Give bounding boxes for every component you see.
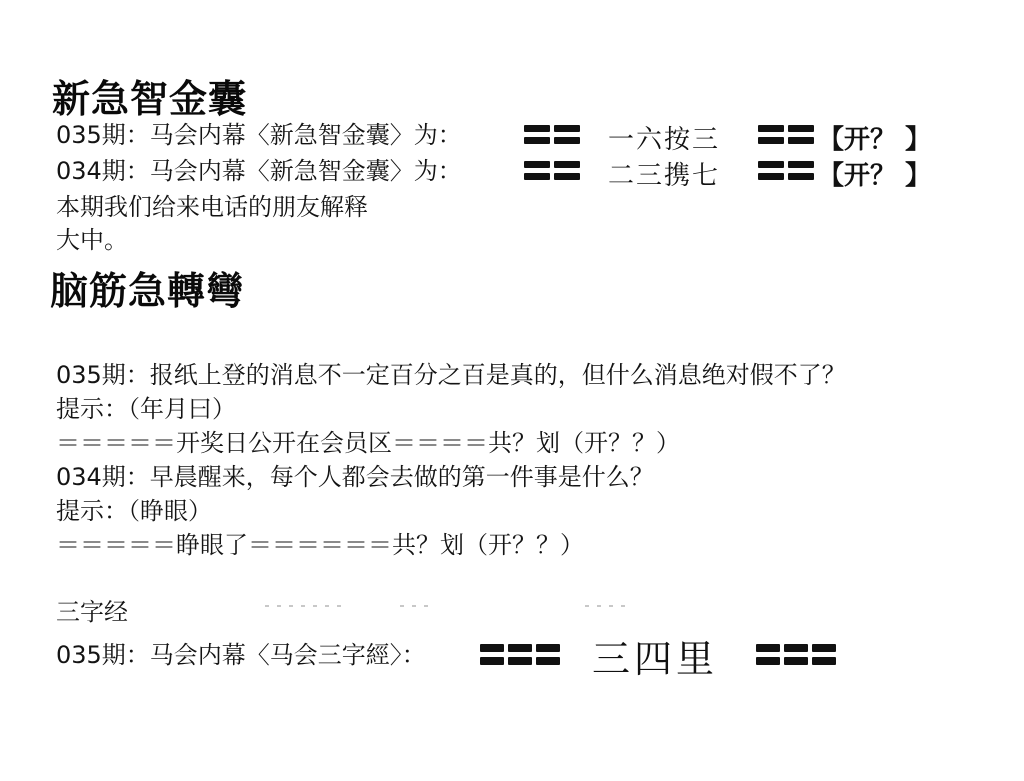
jinang-row-035-bracket: 【开？ 】 xyxy=(818,119,931,156)
section-title-jinang: 新急智金囊 xyxy=(52,68,247,123)
jinang-note-line1: 本期我们给来电话的朋友解释 xyxy=(56,192,368,222)
hexagram-bars-icon xyxy=(480,644,560,665)
three-char-035-prefix: 035期：马会内幕〈马会三字經〉： xyxy=(56,640,426,670)
jinang-row-035-answer: 一六按三 xyxy=(608,119,720,156)
teaser-035-hint: 提示：（年月曰） xyxy=(56,394,236,424)
jinang-note-line2: 大中。 xyxy=(56,225,128,255)
jinang-row-034-prefix: 034期：马会内幕〈新急智金囊〉为： xyxy=(56,156,462,186)
hexagram-bars-icon xyxy=(756,644,836,665)
section-title-brain-teaser: 脑筋急轉彎 xyxy=(50,260,245,315)
jinang-row-035-prefix: 035期：马会内幕〈新急智金囊〉为： xyxy=(56,120,462,150)
scan-artifact-divider xyxy=(400,605,435,607)
hexagram-bars-icon xyxy=(758,160,814,180)
teaser-035-answer: ＝＝＝＝＝开奖日公开在会员区＝＝＝＝共？划（开？？） xyxy=(56,428,680,458)
scan-artifact-divider xyxy=(585,605,630,607)
jinang-row-034-answer: 二三携七 xyxy=(608,155,720,192)
hexagram-bars-icon xyxy=(758,124,814,144)
jinang-row-034-bracket: 【开？ 】 xyxy=(818,155,931,192)
scan-artifact-divider xyxy=(265,605,345,607)
teaser-035-question: 035期：报纸上登的消息不一定百分之百是真的，但什么消息绝对假不了？ xyxy=(56,360,846,390)
hexagram-bars-icon xyxy=(524,160,580,180)
section-title-three-char: 三字经 xyxy=(56,597,128,627)
teaser-034-question: 034期：早晨醒来，每个人都会去做的第一件事是什么？ xyxy=(56,462,654,492)
hexagram-bars-icon xyxy=(524,124,580,144)
three-char-035-answer: 三四里 xyxy=(592,628,718,683)
teaser-034-hint: 提示：（睁眼） xyxy=(56,496,212,526)
teaser-034-answer: ＝＝＝＝＝睁眼了＝＝＝＝＝＝共？划（开？？） xyxy=(56,530,584,560)
